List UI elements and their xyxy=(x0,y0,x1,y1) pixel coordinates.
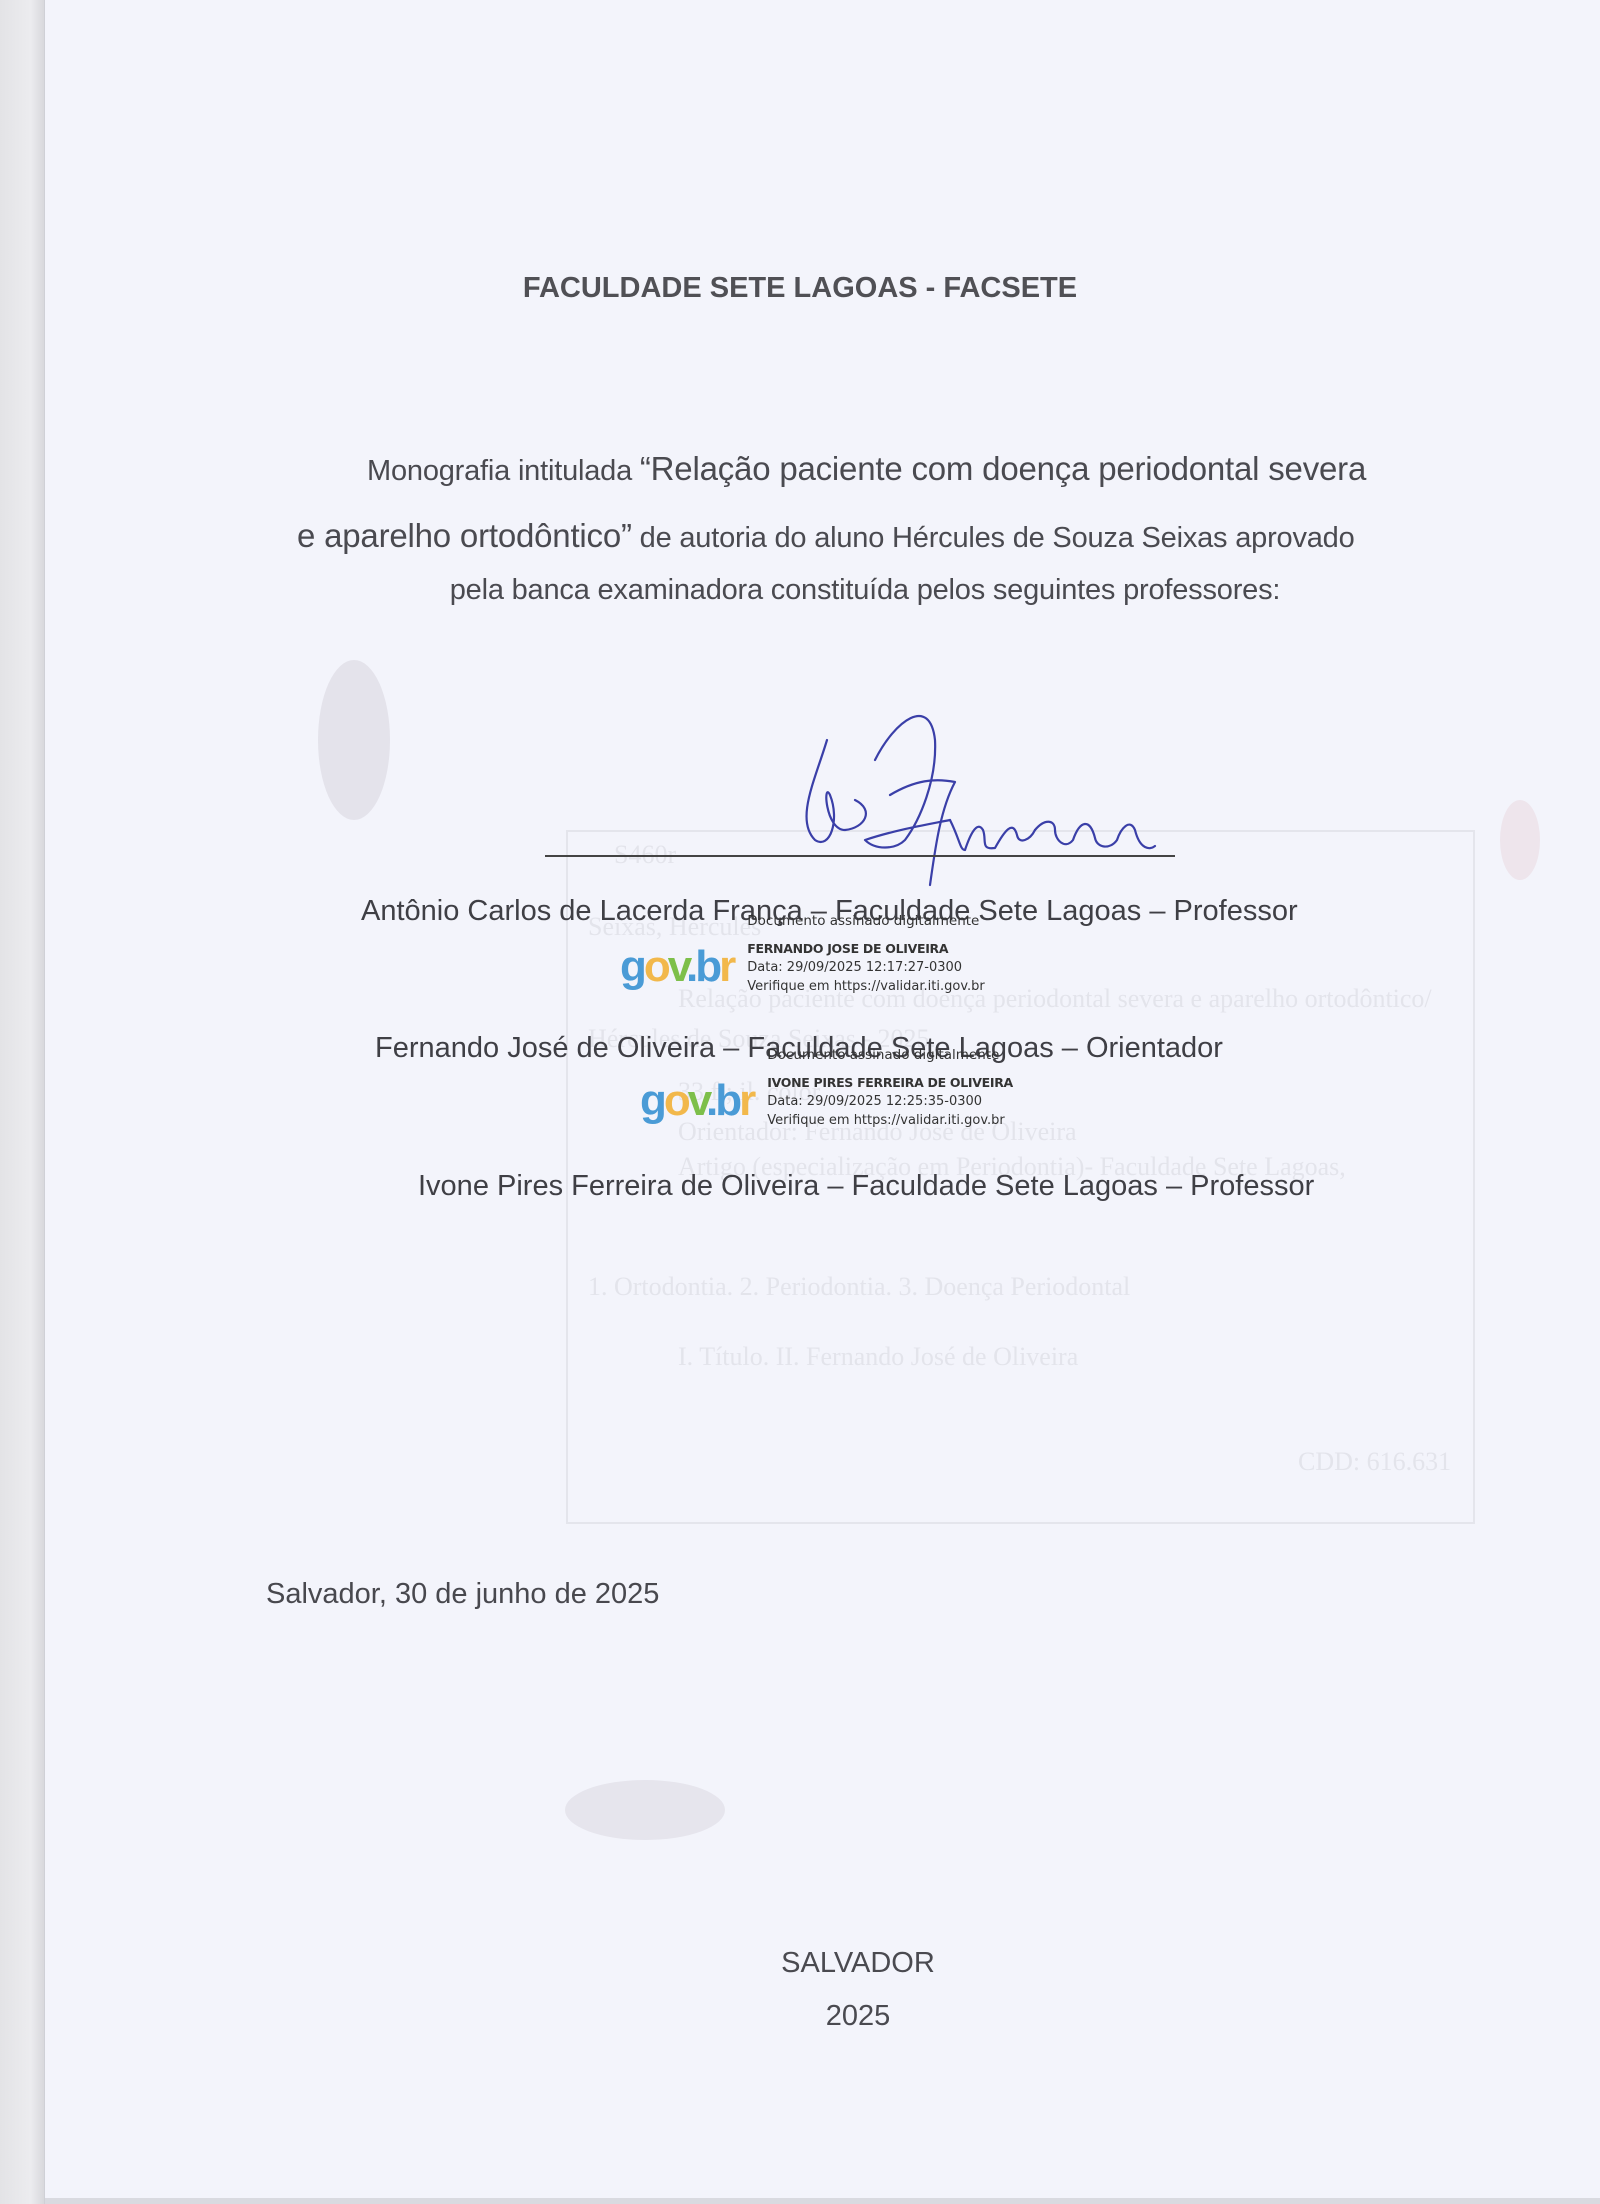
signature-date: Data: 29/09/2025 12:17:27-0300 xyxy=(747,958,985,977)
scan-left-margin xyxy=(0,0,45,2204)
paper-stain xyxy=(1500,800,1540,880)
footer-year: 2025 xyxy=(0,2000,1600,2033)
ghost-line: 1. Ortodontia. 2. Periodontia. 3. Doença… xyxy=(588,1272,1130,1302)
signature-label: Documento assinado digitalmente xyxy=(767,1046,1013,1065)
handwritten-signature xyxy=(755,700,1195,890)
author-text: de autoria do aluno Hércules de Souza Se… xyxy=(632,522,1355,554)
signature-label: Documento assinado digitalmente xyxy=(747,912,985,931)
institution-header: FACULDADE SETE LAGOAS - FACSETE xyxy=(0,272,1600,305)
signature-date: Data: 29/09/2025 12:25:35-0300 xyxy=(767,1092,1013,1111)
paper-stain xyxy=(318,660,390,820)
ghost-line: CDD: 616.631 xyxy=(1298,1447,1451,1477)
verify-url: Verifique em https://validar.iti.gov.br xyxy=(747,977,985,996)
approval-line-3: pela banca examinadora constituída pelos… xyxy=(0,574,1600,607)
monograph-title-part-1: “Relação paciente com doença periodontal… xyxy=(640,450,1366,487)
board-member-3: Ivone Pires Ferreira de Oliveira – Facul… xyxy=(418,1170,1314,1203)
footer-city: SALVADOR xyxy=(0,1947,1600,1980)
verify-url: Verifique em https://validar.iti.gov.br xyxy=(767,1111,1013,1130)
paper-stain xyxy=(565,1780,725,1840)
digital-signature-stamp-2: gov.br Documento assinado digitalmente I… xyxy=(640,1072,1013,1130)
govbr-logo-icon: gov.br xyxy=(620,945,733,989)
digital-signature-stamp-1: gov.br Documento assinado digitalmente F… xyxy=(620,938,985,996)
signer-name: IVONE PIRES FERREIRA DE OLIVEIRA xyxy=(767,1073,1013,1092)
approval-line-1: Monografia intitulada “Relação paciente … xyxy=(367,450,1366,488)
approval-prefix: Monografia intitulada xyxy=(367,455,640,487)
monograph-title-part-2: e aparelho ortodôntico” xyxy=(297,517,632,554)
ghost-line: I. Título. II. Fernando José de Oliveira xyxy=(678,1342,1078,1372)
approval-line-2: e aparelho ortodôntico” de autoria do al… xyxy=(297,517,1355,555)
govbr-logo-icon: gov.br xyxy=(640,1079,753,1123)
scan-bottom-edge xyxy=(45,2198,1600,2204)
signer-name: FERNANDO JOSE DE OLIVEIRA xyxy=(747,939,985,958)
signature-line xyxy=(545,855,1175,857)
place-date: Salvador, 30 de junho de 2025 xyxy=(266,1578,659,1611)
